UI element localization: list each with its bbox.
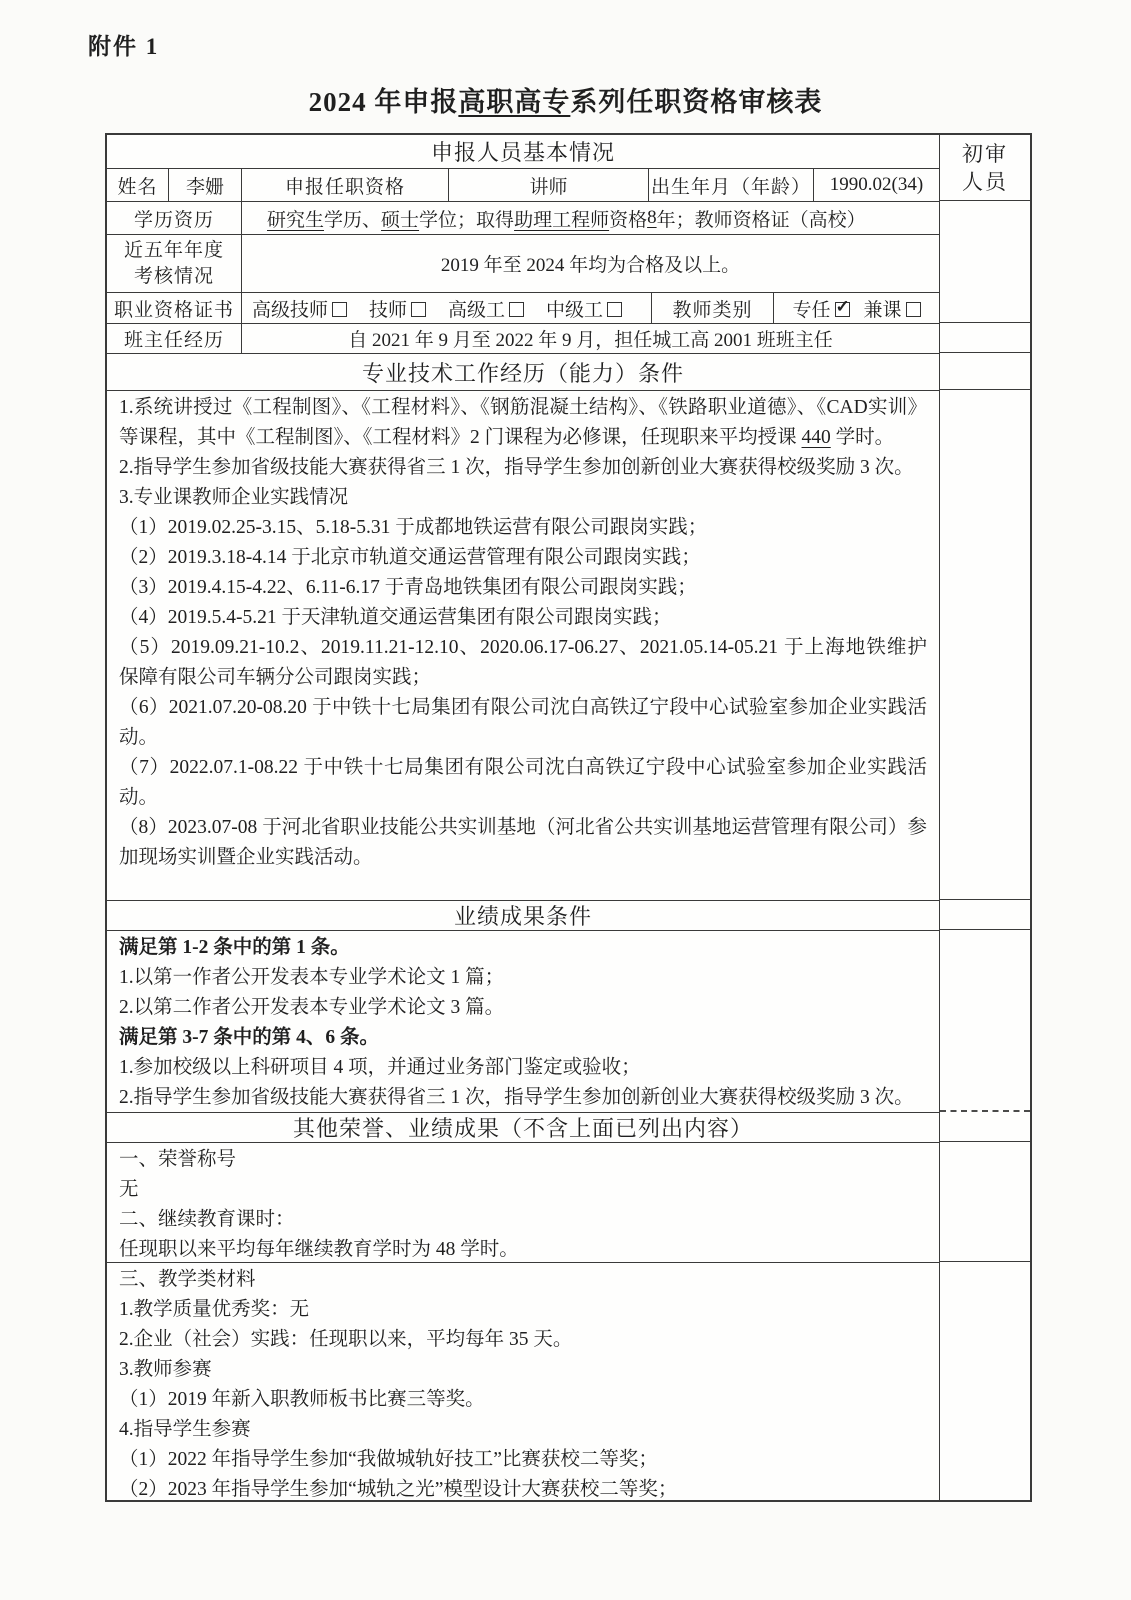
tech-line: （2）2019.3.18-4.14 于北京市轨道交通运营管理有限公司跟岗实践；	[119, 543, 927, 573]
tech-line: （8）2023.07-08 于河北省职业技能公共实训基地（河北省公共实训基地运营…	[119, 813, 927, 873]
checkbox-unchecked-icon	[332, 302, 347, 317]
reviewer-empty-cell	[940, 353, 1030, 390]
education-text-1: 学历、	[324, 205, 381, 232]
reviewer-empty-cell	[940, 323, 1030, 353]
cert-option-label: 中级工	[546, 300, 603, 321]
cert-option-label: 高级工	[448, 300, 505, 321]
achievement-line: 2.指导学生参加省级技能大赛获得省三 1 次，指导学生参加创新创业大赛获得校级奖…	[119, 1083, 927, 1112]
achievement-line: 2.以第二作者公开发表本专业学术论文 3 篇。	[119, 993, 927, 1023]
tech-line: 3.专业课教师企业实践情况	[119, 483, 927, 513]
cert-option-label: 高级技师	[252, 300, 328, 321]
qualification-review-table: 申报人员基本情况 姓名 李姗 申报任职资格 讲师 出生年月（年龄） 1990.0…	[105, 133, 1032, 1502]
cert-option-senior-worker: 高级工	[448, 295, 524, 322]
tech-line: 2.指导学生参加省级技能大赛获得省三 1 次，指导学生参加创新创业大赛获得校级奖…	[119, 453, 927, 483]
head-teacher-row: 班主任经历 自 2021 年 9 月至 2022 年 9 月，担任城工高 200…	[107, 324, 939, 354]
assessment-row: 近五年年度 考核情况 2019 年至 2024 年均为合格及以上。	[107, 235, 939, 293]
teacher-type-label: 教师类别	[652, 293, 774, 323]
certificate-label: 职业资格证书	[107, 293, 242, 323]
education-row: 学历资历 研究生学历、硕士学位；取得助理工程师资格 8 年；教师资格证（高校）	[107, 202, 939, 235]
teacher-type-fulltime: 专任	[792, 295, 849, 322]
other-line: （1）2022 年指导学生参加“我做城轨好技工”比赛获校二等奖；	[119, 1445, 927, 1475]
other-section-title: 其他荣誉、业绩成果（不含上面已列出内容）	[293, 1112, 753, 1143]
assessment-label-line2: 考核情况	[134, 264, 214, 290]
other-teaching-content: 三、教学类材料 1.教学质量优秀奖：无 2.企业（社会）实践：任现职以来，平均每…	[107, 1263, 939, 1501]
tech-line: （4）2019.5.4-5.21 于天津轨道交通运营集团有限公司跟岗实践；	[119, 603, 927, 633]
reviewer-empty-cell	[940, 1142, 1030, 1262]
other-honors-row: 一、荣誉称号 无 二、继续教育课时： 任现职以来平均每年继续教育学时为 48 学…	[107, 1143, 939, 1263]
other-line: 2.企业（社会）实践：任现职以来，平均每年 35 天。	[119, 1325, 927, 1355]
teacher-type-option-label: 兼课	[864, 300, 902, 321]
achievement-line: 1.以第一作者公开发表本专业学术论文 1 篇；	[119, 963, 927, 993]
scanned-form-page: 附件 1 2024 年申报高职高专系列任职资格审核表 申报人员基本情况 姓名 李…	[0, 0, 1131, 1600]
other-honors-content: 一、荣誉称号 无 二、继续教育课时： 任现职以来平均每年继续教育学时为 48 学…	[107, 1143, 939, 1262]
reviewer-column: 初审 人员	[940, 135, 1030, 1500]
cert-option-label: 技师	[369, 300, 407, 321]
birth-value: 1990.02(34)	[814, 169, 939, 201]
teacher-type-parttime: 兼课	[864, 295, 921, 322]
head-teacher-label: 班主任经历	[107, 324, 242, 353]
reviewer-label-line1: 初审	[962, 140, 1008, 168]
apply-qualification-label: 申报任职资格	[242, 169, 449, 201]
attachment-label: 附件 1	[88, 28, 159, 61]
page-title: 2024 年申报高职高专系列任职资格审核表	[0, 80, 1131, 119]
tech-section-header: 专业技术工作经历（能力）条件	[107, 354, 939, 391]
head-teacher-value: 自 2021 年 9 月至 2022 年 9 月，担任城工高 2001 班班主任	[242, 324, 939, 353]
title-prefix: 2024 年申报	[309, 87, 459, 117]
tech-content: 1.系统讲授过《工程制图》、《工程材料》、《钢筋混凝土结构》、《铁路职业道德》、…	[107, 391, 939, 900]
checkbox-unchecked-icon	[906, 302, 921, 317]
other-line: 任现职以来平均每年继续教育学时为 48 学时。	[119, 1235, 927, 1262]
birth-label: 出生年月（年龄）	[649, 169, 814, 201]
reviewer-label-line2: 人员	[962, 168, 1008, 196]
checkbox-unchecked-icon	[411, 302, 426, 317]
achievement-content-row: 满足第 1-2 条中的第 1 条。 1.以第一作者公开发表本专业学术论文 1 篇…	[107, 931, 939, 1113]
reviewer-empty-cell	[940, 900, 1030, 930]
education-label: 学历资历	[107, 202, 242, 234]
checkbox-unchecked-icon	[509, 302, 524, 317]
achievement-line: 满足第 1-2 条中的第 1 条。	[119, 933, 927, 963]
assessment-value: 2019 年至 2024 年均为合格及以上。	[242, 235, 939, 292]
checkbox-checked-icon	[835, 302, 850, 317]
teacher-type-options: 专任 兼课	[774, 293, 939, 323]
other-teaching-row: 三、教学类材料 1.教学质量优秀奖：无 2.企业（社会）实践：任现职以来，平均每…	[107, 1263, 939, 1501]
education-years: 8	[647, 207, 657, 229]
other-section-header: 其他荣誉、业绩成果（不含上面已列出内容）	[107, 1113, 939, 1143]
tech-line: （1）2019.02.25-3.15、5.18-5.31 于成都地铁运营有限公司…	[119, 513, 927, 543]
education-text-2: 学位；取得	[419, 205, 514, 232]
reviewer-empty-cell-dashed	[940, 930, 1030, 1112]
name-value: 李姗	[169, 169, 242, 201]
other-line: 二、继续教育课时：	[119, 1205, 927, 1235]
assessment-label-line1: 近五年年度	[124, 238, 224, 264]
achievement-line: 满足第 3-7 条中的第 4、6 条。	[119, 1023, 927, 1053]
certificate-row: 职业资格证书 高级技师 技师 高级工 中级工 教师类别 专任 兼课	[107, 293, 939, 324]
checkbox-unchecked-icon	[607, 302, 622, 317]
other-line: 一、荣誉称号	[119, 1145, 927, 1175]
education-engineer-title: 助理工程师	[514, 205, 609, 232]
tech-paragraph-1: 1.系统讲授过《工程制图》、《工程材料》、《钢筋混凝土结构》、《铁路职业道德》、…	[119, 393, 927, 453]
achievement-section-header: 业绩成果条件	[107, 901, 939, 931]
other-line: 三、教学类材料	[119, 1265, 927, 1295]
education-value: 研究生学历、硕士学位；取得助理工程师资格 8 年；教师资格证（高校）	[242, 202, 939, 234]
achievement-content: 满足第 1-2 条中的第 1 条。 1.以第一作者公开发表本专业学术论文 1 篇…	[107, 931, 939, 1112]
title-suffix: 系列任职资格审核表	[570, 87, 822, 117]
apply-qualification-value: 讲师	[449, 169, 649, 201]
other-line: 3.教师参赛	[119, 1355, 927, 1385]
title-underlined-series: 高职高专	[458, 87, 570, 117]
assessment-label: 近五年年度 考核情况	[107, 235, 242, 292]
reviewer-empty-cell	[940, 1112, 1030, 1142]
achievement-section-title: 业绩成果条件	[454, 900, 592, 931]
cert-option-intermediate-worker: 中级工	[546, 295, 622, 322]
reviewer-label: 初审 人员	[940, 135, 1030, 201]
table-main-column: 申报人员基本情况 姓名 李姗 申报任职资格 讲师 出生年月（年龄） 1990.0…	[107, 135, 940, 1500]
teacher-type-option-label: 专任	[792, 300, 830, 321]
tech-p1-suffix: 学时。	[831, 427, 894, 448]
name-row: 姓名 李姗 申报任职资格 讲师 出生年月（年龄） 1990.02(34)	[107, 169, 939, 202]
tech-line: （5）2019.09.21-10.2、2019.11.21-12.10、2020…	[119, 633, 927, 693]
education-text-3: 资格	[609, 205, 647, 232]
cert-option-technician: 技师	[369, 295, 426, 322]
other-line: 4.指导学生参赛	[119, 1415, 927, 1445]
name-label: 姓名	[107, 169, 169, 201]
basic-info-header-row: 申报人员基本情况	[107, 135, 939, 169]
basic-info-section-title: 申报人员基本情况	[107, 135, 939, 168]
tech-line: （6）2021.07.20-08.20 于中铁十七局集团有限公司沈白高铁辽宁段中…	[119, 693, 927, 753]
tech-p1-hours: 440	[802, 427, 831, 448]
reviewer-empty-cell	[940, 201, 1030, 323]
other-line: 1.教学质量优秀奖：无	[119, 1295, 927, 1325]
education-text-4: 年；教师资格证（高校）	[657, 205, 866, 232]
cert-option-senior-technician: 高级技师	[252, 295, 347, 322]
tech-line: （7）2022.07.1-08.22 于中铁十七局集团有限公司沈白高铁辽宁段中心…	[119, 753, 927, 813]
tech-line: （3）2019.4.15-4.22、6.11-6.17 于青岛地铁集团有限公司跟…	[119, 573, 927, 603]
other-line: （1）2019 年新入职教师板书比赛三等奖。	[119, 1385, 927, 1415]
certificate-options: 高级技师 技师 高级工 中级工	[242, 293, 652, 323]
reviewer-empty-cell	[940, 1262, 1030, 1500]
other-line: 无	[119, 1175, 927, 1205]
tech-section-title: 专业技术工作经历（能力）条件	[362, 357, 684, 388]
other-line: （2）2023 年指导学生参加“城轨之光”模型设计大赛获校二等奖；	[119, 1475, 927, 1501]
education-degree: 硕士	[381, 205, 419, 232]
reviewer-empty-cell	[940, 390, 1030, 900]
achievement-line: 1.参加校级以上科研项目 4 项，并通过业务部门鉴定或验收；	[119, 1053, 927, 1083]
tech-content-row: 1.系统讲授过《工程制图》、《工程材料》、《钢筋混凝土结构》、《铁路职业道德》、…	[107, 391, 939, 901]
education-degree-type: 研究生	[267, 205, 324, 232]
